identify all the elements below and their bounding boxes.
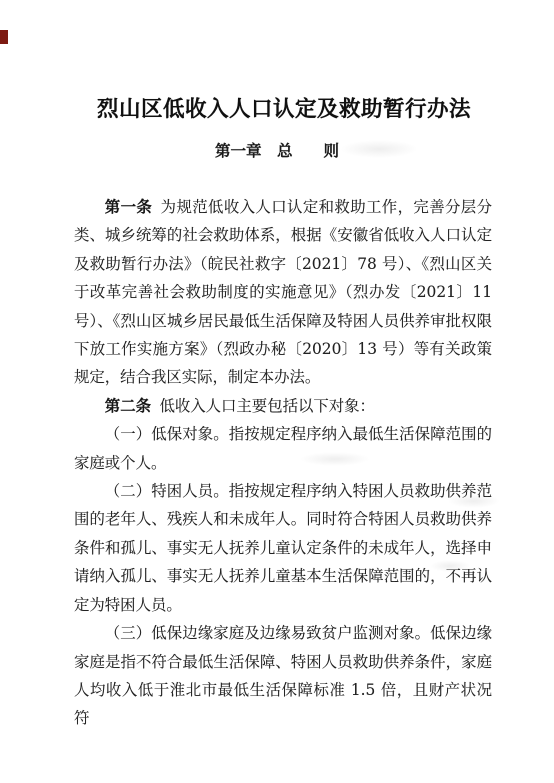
article-1-text: 为规范低收入人口认定和救助工作，完善分层分类、城乡统筹的社会救助体系，根据《安徽…	[74, 198, 492, 386]
article-2-number: 第二条	[105, 397, 151, 415]
document-body: 第一条为规范低收入人口认定和救助工作，完善分层分类、城乡统筹的社会救助体系，根据…	[74, 193, 492, 733]
article-1-number: 第一条	[105, 198, 152, 216]
article-2-text: 低收入人口主要包括以下对象：	[159, 397, 374, 415]
red-scan-mark	[0, 30, 8, 44]
article-2: 第二条低收入人口主要包括以下对象：	[74, 392, 492, 420]
document-title: 烈山区低收入人口认定及救助暂行办法	[7, 92, 554, 123]
article-2-item-3: （三）低保边缘家庭及边缘易致贫户监测对象。低保边缘家庭是指不符合最低生活保障、特…	[74, 619, 492, 733]
article-2-item-2-text: （二）特困人员。指按规定程序纳入特困人员救助供养范围的老年人、残疾人和未成年人。…	[74, 482, 492, 614]
chapter-heading: 第一章 总 则	[0, 139, 554, 161]
article-2-item-3-text: （三）低保边缘家庭及边缘易致贫户监测对象。低保边缘家庭是指不符合最低生活保障、特…	[74, 624, 492, 727]
article-2-item-1: （一）低保对象。指按规定程序纳入最低生活保障范围的家庭或个人。	[74, 420, 492, 477]
article-2-item-1-text: （一）低保对象。指按规定程序纳入最低生活保障范围的家庭或个人。	[74, 425, 492, 471]
article-1: 第一条为规范低收入人口认定和救助工作，完善分层分类、城乡统筹的社会救助体系，根据…	[74, 193, 492, 392]
article-2-item-2: （二）特困人员。指按规定程序纳入特困人员救助供养范围的老年人、残疾人和未成年人。…	[74, 477, 492, 619]
scanned-document-page: 烈山区低收入人口认定及救助暂行办法 第一章 总 则 第一条为规范低收入人口认定和…	[0, 0, 554, 783]
